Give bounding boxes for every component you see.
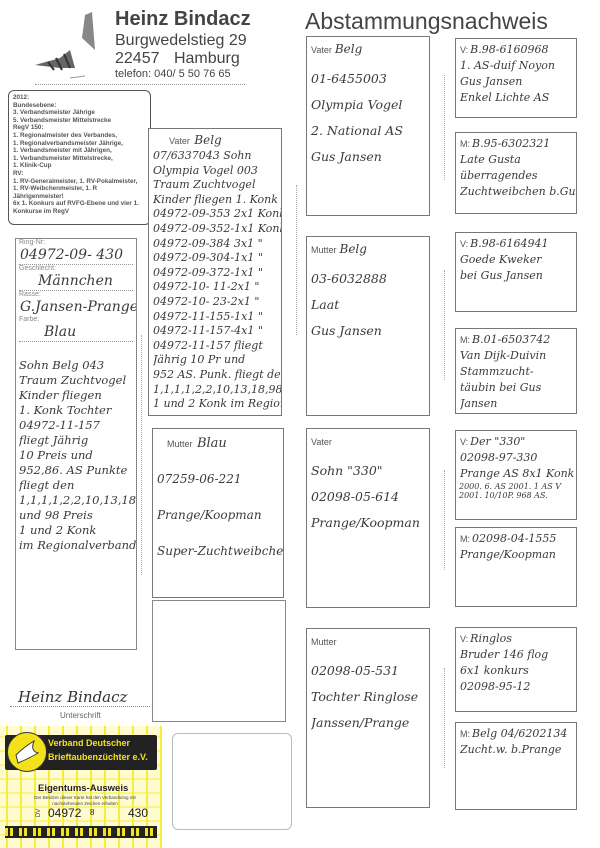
- great-grandparent-line: Van Dijk-Duivin: [460, 348, 576, 364]
- grandparent-label: Mutter: [311, 245, 337, 255]
- owner-city: 22457 Hamburg: [115, 50, 240, 68]
- dove-emblem-icon: [7, 732, 47, 772]
- id-ring-number: 430: [128, 806, 148, 820]
- great-grandparent-box: V:B.98-61609681. AS-duif NoyonGus Jansen…: [455, 38, 577, 118]
- ownership-id-card: Verband Deutscher Brieftaubenzüchter e.V…: [0, 726, 162, 848]
- sire-line: 04972-10- 23-2x1 ": [153, 295, 281, 310]
- great-grandparent-line: 1. AS-duif Noyon: [460, 58, 576, 74]
- pigeon-note-line: Kinder fliegen: [19, 388, 136, 403]
- sire-line: 04972-09-353 2x1 Konk: [153, 207, 281, 222]
- blank-box: [152, 600, 286, 722]
- sire-line: 952 AS. Punk. fliegt den: [153, 368, 281, 383]
- great-grandparent-line: überragendes: [460, 168, 576, 184]
- grandparent-line: Gus Jansen: [311, 320, 429, 341]
- great-grandparent-line: Prange/Koopman: [460, 547, 576, 563]
- great-grandparent-note: 2000. 6. AS 2001. 1 AS V: [459, 482, 576, 491]
- grandparent-box: VaterSohn "330"02098-05-614Prange/Koopma…: [306, 428, 430, 608]
- great-grandparent-label: V:: [460, 239, 468, 249]
- great-grandparent-line: bei Gus Jansen: [460, 268, 576, 284]
- pigeon-note-line: 1 und 2 Konk: [19, 523, 136, 538]
- signature-line: [10, 706, 150, 707]
- sex-value: Männchen: [38, 272, 136, 290]
- connector-line: [141, 335, 142, 575]
- header-divider: [35, 84, 245, 85]
- great-grandparent-line: täubin bei Gus: [460, 380, 576, 396]
- sex-label: Geschlecht:: [19, 265, 136, 272]
- award-line: RV:: [13, 170, 146, 178]
- great-grandparent-line: 02098-97-330: [460, 450, 576, 466]
- grandparent-origin: Belg: [335, 42, 362, 56]
- pigeon-note-line: Traum Zuchtvogel: [19, 373, 136, 388]
- id-card-title: Eigentums-Ausweis: [38, 783, 128, 794]
- great-grandparent-box: V:RinglosBruder 146 flog6x1 konkurs02098…: [455, 627, 577, 712]
- sire-line: 04972-11-155-1x1 ": [153, 310, 281, 325]
- great-grandparent-line: V:B.98-6160968: [460, 42, 576, 58]
- signature: Heinz Bindacz: [18, 688, 127, 706]
- great-grandparent-line: V:Ringlos: [460, 631, 576, 647]
- color-value: Blau: [44, 323, 136, 341]
- id-org-line2: Brieftaubenzüchter e.V.: [48, 752, 148, 762]
- pigeon-note-line: fliegt den: [19, 478, 136, 493]
- pigeon-note-line: fliegt Jährig: [19, 433, 136, 448]
- pigeon-note-line: 10 Preis und: [19, 448, 136, 463]
- grandparent-line: Olympia Vogel: [311, 94, 429, 115]
- id-card-description: Der Besitzer dieser Karte hat den Verban…: [20, 795, 150, 806]
- grandparent-line: Sohn "330": [311, 460, 429, 481]
- dam-box: Mutter Blau 07259-06-221Prange/KoopmanSu…: [152, 428, 284, 598]
- sire-line: 1,1,1,1,2,2,10,13,18,98,Pr: [153, 383, 281, 398]
- connector-line: [444, 470, 445, 570]
- sire-line: Traum Zuchtvogel: [153, 178, 281, 193]
- great-grandparent-line: Stammzucht-: [460, 364, 576, 380]
- sire-label: Vater: [169, 136, 190, 146]
- dam-line: Super-Zuchtweibchen: [157, 544, 283, 558]
- grandparent-label: Vater: [311, 45, 332, 55]
- great-grandparent-line: Jansen: [460, 396, 576, 412]
- sire-box: Vater Belg 07/6337043 SohnOlympia Vogel …: [148, 128, 282, 416]
- pigeon-card: Ring-Nr: 04972-09- 430 Geschlecht: Männc…: [15, 238, 137, 650]
- great-grandparent-label: V:: [460, 634, 468, 644]
- id-card-band: [5, 826, 157, 838]
- great-grandparent-line: M:Belg 04/6202134: [460, 726, 576, 742]
- great-grandparent-label: V:: [460, 437, 468, 447]
- award-line: 1. Klinik-Cup: [13, 162, 146, 170]
- great-grandparent-box: V:B.98-6164941Goede Kwekerbei Gus Jansen: [455, 232, 577, 312]
- grandparent-line: 2. National AS: [311, 120, 429, 141]
- document-title: Abstammungsnachweis: [305, 8, 548, 35]
- pigeon-note-line: 952,86. AS Punkte: [19, 463, 136, 478]
- grandparent-line: 02098-05-531: [311, 660, 429, 681]
- sire-line: Olympia Vogel 003: [153, 164, 281, 179]
- breed-value: G.Jansen-Prange: [20, 298, 136, 316]
- great-grandparent-box: M:Belg 04/6202134Zucht.w. b.Prange: [455, 722, 577, 810]
- sire-line: 1 und 2 Konk im Regional: [153, 397, 281, 412]
- great-grandparent-line: Enkel Lichte AS: [460, 90, 576, 106]
- great-grandparent-line: Goede Kweker: [460, 252, 576, 268]
- grandparent-label: Vater: [311, 437, 332, 447]
- award-line: 1. RV-Weibchenmeister, 1. R Jährigenmeis…: [13, 185, 146, 200]
- grandparent-line: 03-6032888: [311, 268, 429, 289]
- grandparent-box: Mutter02098-05-531Tochter RingloseJansse…: [306, 628, 430, 808]
- sire-origin: Belg: [194, 133, 221, 147]
- grandparent-line: Laat: [311, 294, 429, 315]
- ring-label: Ring-Nr:: [19, 239, 136, 246]
- great-grandparent-label: M:: [460, 729, 470, 739]
- grandparent-box: MutterBelg03-6032888LaatGus Jansen: [306, 236, 430, 416]
- pigeon-notes: Sohn Belg 043Traum ZuchtvogelKinder flie…: [16, 358, 136, 553]
- stamp-area: [172, 733, 292, 830]
- id-prefix: DV: [36, 809, 42, 817]
- pigeon-note-line: Sohn Belg 043: [19, 358, 136, 373]
- pigeon-note-line: 1,1,1,1,2,2,10,13,18,: [19, 493, 136, 508]
- grandparent-box: VaterBelg01-6455003Olympia Vogel2. Natio…: [306, 36, 430, 216]
- pigeon-logo-icon: [30, 10, 105, 80]
- great-grandparent-line: Zucht.w. b.Prange: [460, 742, 576, 758]
- great-grandparent-line: Gus Jansen: [460, 74, 576, 90]
- grandparent-line: Gus Jansen: [311, 146, 429, 167]
- great-grandparent-line: V:B.98-6164941: [460, 236, 576, 252]
- grandparent-line: Janssen/Prange: [311, 712, 429, 733]
- dam-line: Prange/Koopman: [157, 508, 283, 522]
- sire-line: 04972-11-157-4x1 ": [153, 324, 281, 339]
- id-club-number: 04972: [48, 806, 81, 820]
- sire-line: 04972-09-372-1x1 ": [153, 266, 281, 281]
- great-grandparent-line: Zuchtweibchen b.Gus: [460, 184, 576, 200]
- award-line: RegV 150:: [13, 124, 146, 132]
- award-line: 6x 1. Konkurs auf RVFG-Ebene und vier 1.: [13, 200, 146, 208]
- great-grandparent-box: M:B.01-6503742Van Dijk-DuivinStammzucht-…: [455, 328, 577, 414]
- grandparent-line: 02098-05-614: [311, 486, 429, 507]
- owner-phone: telefon: 040/ 5 50 76 65: [115, 68, 231, 80]
- great-grandparent-label: V:: [460, 45, 468, 55]
- signature-label: Unterschrift: [60, 711, 101, 720]
- award-line: 3. Verbandsmeister Jährige: [13, 109, 146, 117]
- dam-label: Mutter: [167, 439, 193, 449]
- connector-line: [444, 75, 445, 180]
- great-grandparent-line: V:Der "330": [460, 434, 576, 450]
- sire-line: 04972-09-352-1x1 Konk: [153, 222, 281, 237]
- id-year: 8: [90, 808, 94, 817]
- sire-line: 04972-11-157 fliegt: [153, 339, 281, 354]
- great-grandparent-line: M:02098-04-1555: [460, 531, 576, 547]
- great-grandparent-line: 02098-95-12: [460, 679, 576, 695]
- great-grandparent-line: M:B.01-6503742: [460, 332, 576, 348]
- dam-origin: Blau: [197, 436, 227, 451]
- connector-line: [444, 668, 445, 768]
- great-grandparent-line: Bruder 146 flog: [460, 647, 576, 663]
- great-grandparent-line: Prange AS 8x1 Konk: [460, 466, 576, 482]
- grandparent-line: Tochter Ringlose: [311, 686, 429, 707]
- sire-line: Kinder fliegen 1. Konk: [153, 193, 281, 208]
- pigeon-note-line: und 98 Preis: [19, 508, 136, 523]
- connector-line: [296, 185, 297, 335]
- breed-label: Rasse:: [19, 291, 136, 298]
- award-line: 1. RV-Generalmeister, 1. RV-Pokalmeister…: [13, 178, 146, 186]
- color-label: Farbe:: [19, 316, 136, 323]
- pigeon-note-line: 1. Konk Tochter: [19, 403, 136, 418]
- pigeon-note-line: 04972-11-157: [19, 418, 136, 433]
- sire-line: Jährig 10 Pr und: [153, 353, 281, 368]
- award-line: 1. Verbandsmeister mit Jährigen,: [13, 147, 146, 155]
- sire-line: 07/6337043 Sohn: [153, 149, 281, 164]
- great-grandparent-line: M:B.95-6302321: [460, 136, 576, 152]
- grandparent-line: Prange/Koopman: [311, 512, 429, 533]
- sire-line: 04972-09-384 3x1 ": [153, 237, 281, 252]
- great-grandparent-line: Late Gusta: [460, 152, 576, 168]
- sire-line: 04972-10- 11-2x1 ": [153, 280, 281, 295]
- award-line: Konkurse im RegV: [13, 208, 146, 216]
- great-grandparent-line: 6x1 konkurs: [460, 663, 576, 679]
- great-grandparent-note: 2001. 10/10P. 968 AS.: [459, 491, 576, 500]
- grandparent-origin: Belg: [340, 242, 367, 256]
- awards-box: 2012:Bundesebene:3. Verbandsmeister Jähr…: [8, 90, 151, 225]
- award-line: 1. Regionalverbandsmeister Jährige,: [13, 140, 146, 148]
- id-org-line1: Verband Deutscher: [48, 738, 130, 748]
- award-line: 5. Verbandsmeister Mittelstrecke: [13, 117, 146, 125]
- connector-line: [444, 270, 445, 380]
- ring-number: 04972-09- 430: [20, 246, 136, 264]
- great-grandparent-box: M:02098-04-1555Prange/Koopman: [455, 527, 577, 607]
- sire-line: 04972-09-304-1x1 ": [153, 251, 281, 266]
- award-line: 1. Verbandsmeister Mittelstrecke,: [13, 155, 146, 163]
- great-grandparent-label: M:: [460, 335, 470, 345]
- great-grandparent-label: M:: [460, 139, 470, 149]
- great-grandparent-box: V:Der "330"02098-97-330Prange AS 8x1 Kon…: [455, 430, 577, 520]
- owner-name: Heinz Bindacz: [115, 8, 251, 31]
- award-line: 1. Regionalmeister des Verbandes,: [13, 132, 146, 140]
- grandparent-line: 01-6455003: [311, 68, 429, 89]
- award-line: 2012:: [13, 94, 146, 102]
- dam-line: 07259-06-221: [157, 472, 283, 486]
- award-line: Bundesebene:: [13, 102, 146, 110]
- pigeon-note-line: im Regionalverband: [19, 538, 136, 553]
- great-grandparent-label: M:: [460, 534, 470, 544]
- great-grandparent-box: M:B.95-6302321Late GustaüberragendesZuch…: [455, 132, 577, 214]
- grandparent-label: Mutter: [311, 637, 337, 647]
- owner-street: Burgwedelstieg 29: [115, 32, 247, 50]
